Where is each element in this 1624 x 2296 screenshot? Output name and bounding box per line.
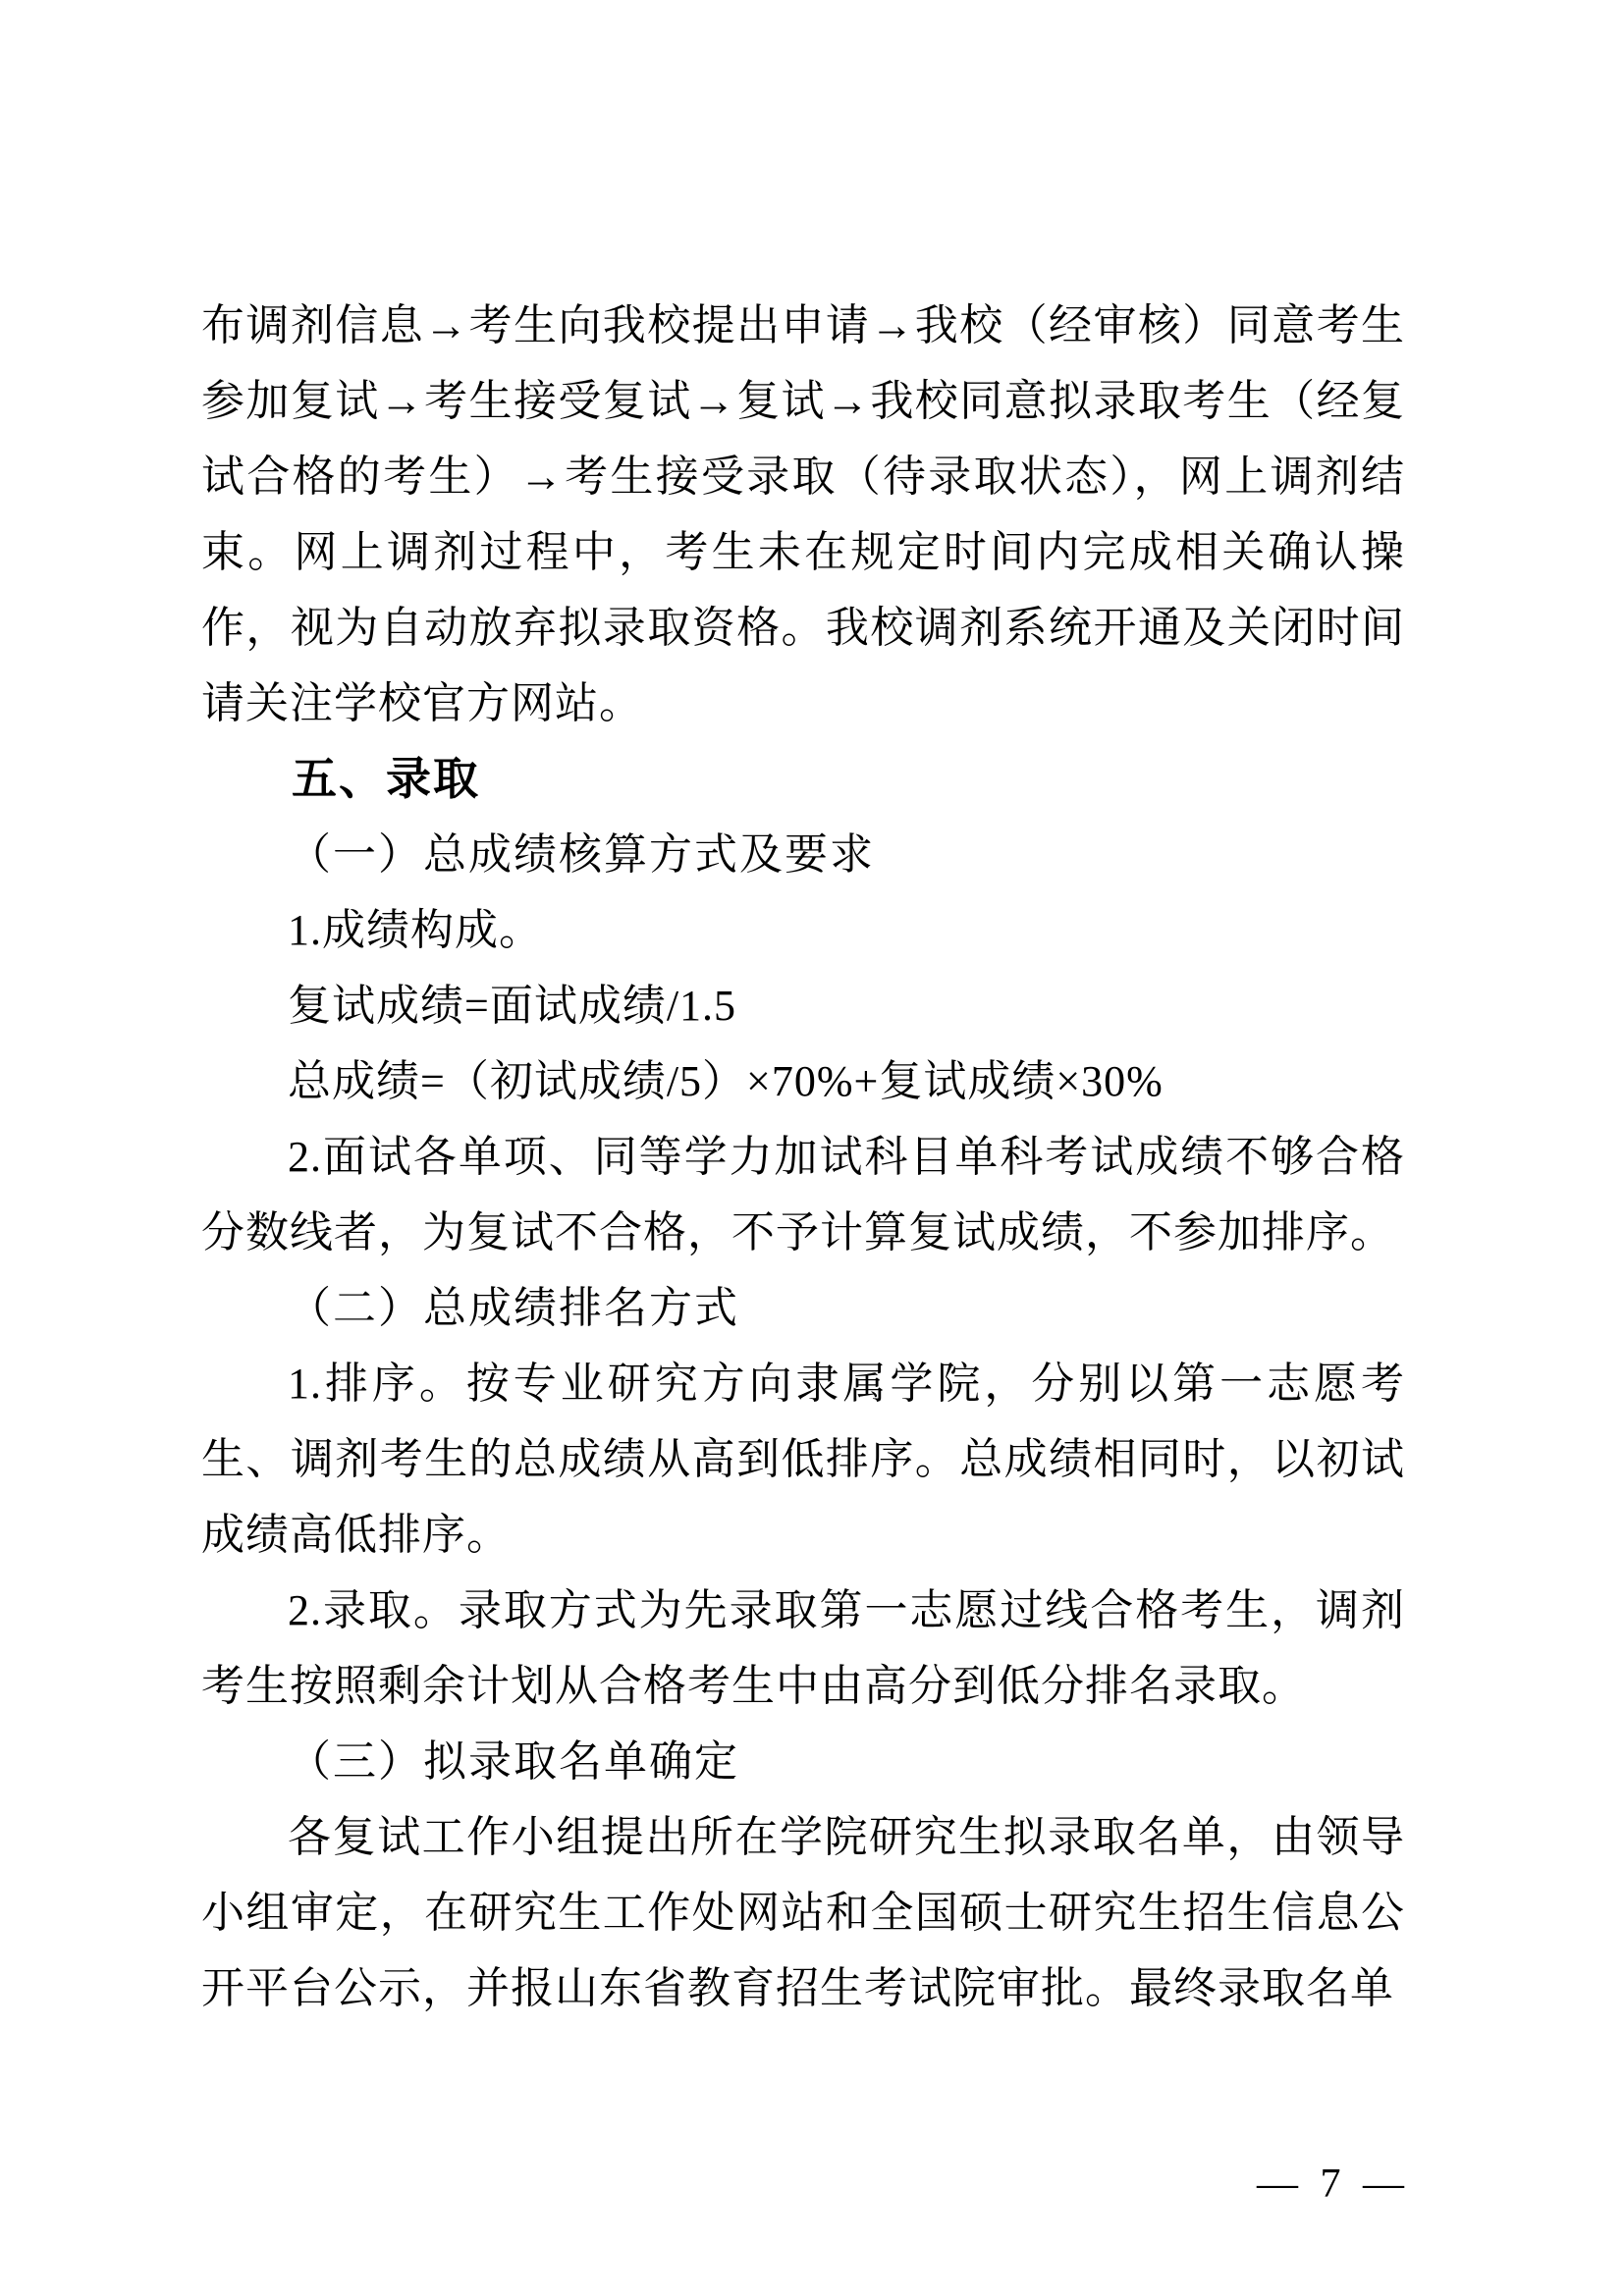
page-number: — 7 — (1257, 2160, 1410, 2209)
paragraph-body: 2.面试各单项、同等学力加试科目单科考试成绩不够合格分数线者，为复试不合格，不予… (201, 1119, 1405, 1270)
paragraph-subheading: （一）总成绩核算方式及要求 (201, 817, 1405, 892)
paragraph-subheading: （三）拟录取名单确定 (201, 1724, 1405, 1799)
paragraph-body: 1.排序。按专业研究方向隶属学院，分别以第一志愿考生、调剂考生的总成绩从高到低排… (201, 1346, 1405, 1573)
paragraph-body: 布调剂信息→考生向我校提出申请→我校（经审核）同意考生参加复试→考生接受复试→复… (201, 288, 1405, 741)
document-body: 布调剂信息→考生向我校提出申请→我校（经审核）同意考生参加复试→考生接受复试→复… (201, 288, 1405, 2026)
paragraph-subheading: （二）总成绩排名方式 (201, 1270, 1405, 1346)
paragraph-item-line: 1.成绩构成。 (201, 892, 1405, 968)
paragraph-body: 各复试工作小组提出所在学院研究生拟录取名单，由领导小组审定，在研究生工作处网站和… (201, 1799, 1405, 2026)
paragraph-heading: 五、录取 (201, 741, 1405, 817)
paragraph-body: 2.录取。录取方式为先录取第一志愿过线合格考生，调剂考生按照剩余计划从合格考生中… (201, 1573, 1405, 1724)
document-page: 布调剂信息→考生向我校提出申请→我校（经审核）同意考生参加复试→考生接受复试→复… (0, 0, 1624, 2296)
paragraph-formula: 复试成绩=面试成绩/1.5 (201, 968, 1405, 1043)
paragraph-formula: 总成绩=（初试成绩/5）×70%+复试成绩×30% (201, 1043, 1405, 1119)
